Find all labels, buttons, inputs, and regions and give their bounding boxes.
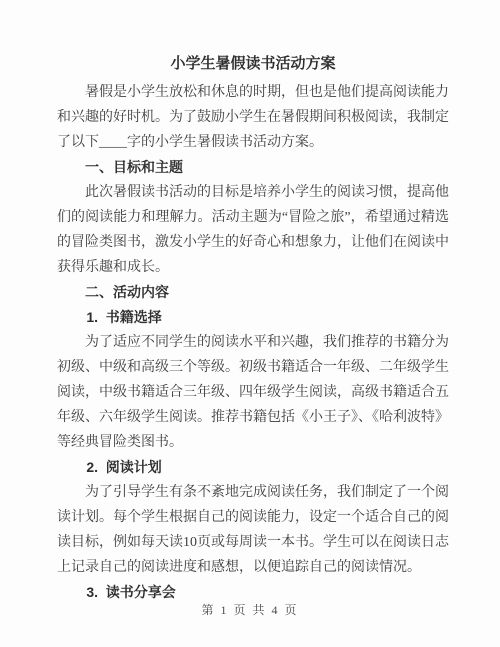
subsection-number: 1. (86, 305, 98, 330)
book-selection-paragraph: 为了适应不同学生的阅读水平和兴趣，我们推荐的书籍分为初级、中级和高级三个等级。初… (57, 330, 449, 455)
document-content: 小学生暑假读书活动方案 暑假是小学生放松和休息的时期，但也是他们提高阅读能力和兴… (0, 0, 500, 605)
subsection-title: 书籍选择 (106, 309, 162, 325)
document-page: 小学生暑假读书活动方案 暑假是小学生放松和休息的时期，但也是他们提高阅读能力和兴… (0, 0, 500, 647)
section-heading-goals-and-theme: 一、目标和主题 (57, 155, 449, 180)
page-number-footer: 第 1 页 共 4 页 (0, 601, 500, 619)
intro-paragraph: 暑假是小学生放松和休息的时期，但也是他们提高阅读能力和兴趣的好时机。为了鼓励小学… (57, 80, 449, 155)
document-title: 小学生暑假读书活动方案 (57, 51, 449, 77)
subsection-title: 阅读计划 (106, 459, 162, 475)
section-heading-activity-content: 二、活动内容 (57, 280, 449, 305)
goals-and-theme-paragraph: 此次暑假读书活动的目标是培养小学生的阅读习惯，提高他们的阅读能力和理解力。活动主… (57, 180, 449, 280)
subsection-number: 2. (86, 455, 98, 480)
subsection-heading-book-selection: 1.书籍选择 (57, 305, 449, 330)
reading-plan-paragraph: 为了引导学生有条不紊地完成阅读任务，我们制定了一个阅读计划。每个学生根据自己的阅… (57, 480, 449, 580)
subsection-title: 读书分享会 (106, 584, 176, 600)
subsection-heading-reading-plan: 2.阅读计划 (57, 455, 449, 480)
